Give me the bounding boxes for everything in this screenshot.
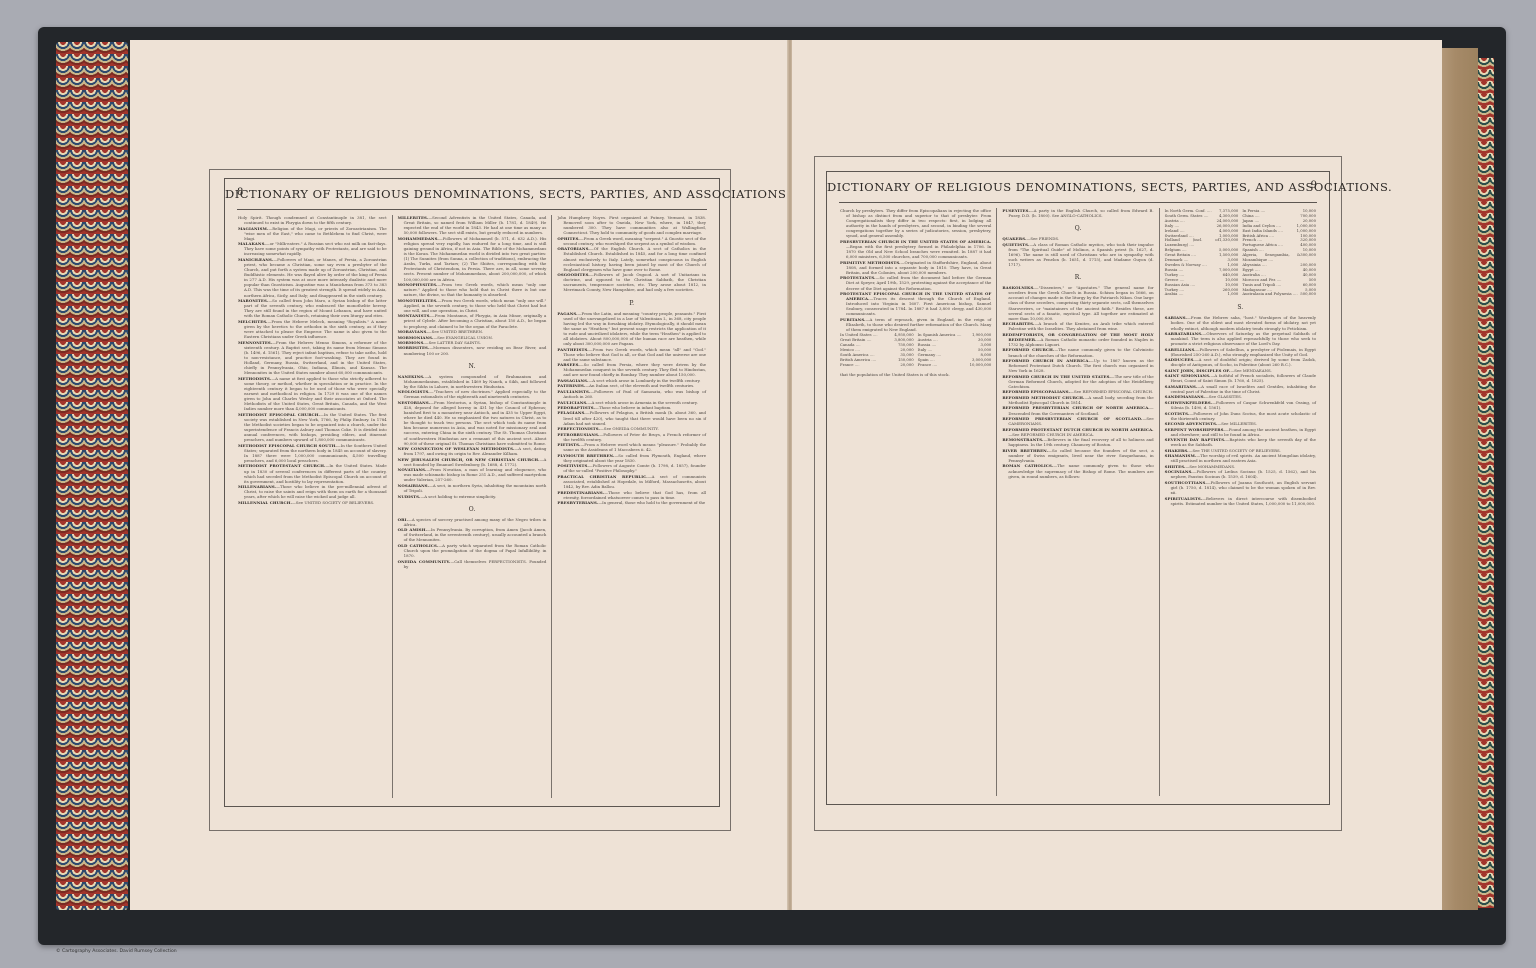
dictionary-entry: ONEIDA COMMUNITY.—Call themselves PERFEC… <box>398 559 547 569</box>
dictionary-entry: REFORMED PROTESTANT DUTCH CHURCH IN NORT… <box>1002 427 1153 437</box>
table-row: France ....10,000,000 <box>918 363 992 368</box>
marbled-endpaper-left <box>56 42 128 910</box>
statistics-table: In United States ....4,950,000Great Brit… <box>840 333 991 367</box>
copyright-credit: © Cartography Associates. David Rumsey C… <box>56 949 177 954</box>
dictionary-entry: NEOLOGISTS.—"Teachers of new doctrines."… <box>398 389 547 399</box>
dictionary-entry: REFORMED CHURCH.—The name commonly given… <box>1002 347 1153 357</box>
dictionary-entry: SADDUCEES.—A sect of doubtful origin; de… <box>1165 357 1316 367</box>
dictionary-entry: PROTESTANTS.—So called from the document… <box>840 275 991 290</box>
dictionary-entry: OLD AMISH.—In Pennsylvania. By corruptio… <box>398 527 547 542</box>
dictionary-entry: PROTESTANT EPISCOPAL CHURCH IN THE UNITE… <box>840 291 991 316</box>
dictionary-entry: SABBATARIANS.—Observers of Saturday as t… <box>1165 331 1316 346</box>
dictionary-entry: SECOND ADVENTISTS.—See MILLERITES. <box>1165 421 1316 426</box>
dictionary-entry: REFORMED CHURCH IN AMERICA.—Up to 1867 k… <box>1002 358 1153 373</box>
dictionary-entry: MORMONS.—See LATTER DAY SAINTS. <box>398 340 547 345</box>
running-head: DICTIONARY OF RELIGIOUS DENOMINATIONS, S… <box>225 187 719 207</box>
dictionary-entry: MONOTHELITES.—From two Greek words, whic… <box>398 298 547 313</box>
dictionary-entry: PLYMOUTH BRETHREN.—So called from Plymou… <box>557 453 706 463</box>
dictionary-entry: MARONITES.—So called from John Maro, a S… <box>238 298 387 318</box>
dictionary-entry: SOUTHCOTTIANS.—Followers of Joanna South… <box>1165 480 1316 495</box>
columns: Holy Spirit. Though condemned at Constan… <box>233 215 711 798</box>
column: MILLERITES.—Second Adventists in the Uni… <box>393 215 553 798</box>
marbled-edge-right <box>1478 58 1494 908</box>
dictionary-entry: SPIRITUALISTS.—Believers in direct inter… <box>1165 496 1316 506</box>
text-block: 8 DICTIONARY OF RELIGIOUS DENOMINATIONS,… <box>224 178 720 807</box>
dictionary-entry: NANEKINS.—A system compounded of Brahman… <box>398 374 547 389</box>
dictionary-entry: METHODISTS.—A name at first applied to t… <box>238 376 387 412</box>
dictionary-entry: MENNONITES.—From the Hebrew Menno Simons… <box>238 340 387 376</box>
dictionary-entry: METHODIST PROTESTANT CHURCH.—In the Unit… <box>238 463 387 483</box>
dictionary-entry: PUSEYITES.—A party in the English Church… <box>1002 208 1153 218</box>
dictionary-entry: that the population of the United States… <box>840 372 991 377</box>
dictionary-entry: MELCHITES.—From the Hebrew Melech, meani… <box>238 319 387 339</box>
dictionary-entry: Church by presbyters. They differ from E… <box>840 208 991 239</box>
dictionary-entry: OSGOODITES.—Followers of Jacob Osgood. A… <box>557 272 706 292</box>
dictionary-entry: PEDOBAPTISTS.—Those who believe in infan… <box>557 405 706 410</box>
dictionary-entry: REFORMED PRESBYTERIAN CHURCH OF SCOTLAND… <box>1002 416 1153 426</box>
section-letter: R. <box>1002 273 1153 282</box>
dictionary-entry: SABIANS.—From the Hebrew saba, "host." W… <box>1165 315 1316 330</box>
dictionary-entry: REFORMED CHURCH IN THE UNITED STATES.—Th… <box>1002 374 1153 389</box>
dictionary-entry: John Humphrey Noyes. First organized at … <box>557 215 706 235</box>
dictionary-entry: SAMARITANS.—A small race of Israelites a… <box>1165 384 1316 394</box>
section-letter: Q. <box>1002 224 1153 233</box>
dictionary-entry: Holy Spirit. Though condemned at Constan… <box>238 215 387 225</box>
dictionary-entry: RASKOLNIKS.—"Dissenters," or "Apostates.… <box>1002 285 1153 321</box>
dictionary-entry: OBI.—A species of sorcery practised amon… <box>398 517 547 527</box>
dictionary-entry: PAULICIANS.—A sect which arose in Armeni… <box>557 400 706 405</box>
dictionary-entry: ROMAN CATHOLICS.—The name commonly given… <box>1002 463 1153 478</box>
dictionary-entry: SHIITES.—See MOHAMMEDANS. <box>1165 464 1316 469</box>
dictionary-entry: REFORMED EPISCOPALIANS.—See REFORMED EPI… <box>1002 389 1153 394</box>
text-block: 9 DICTIONARY OF RELIGIOUS DENOMINATIONS,… <box>826 171 1330 805</box>
dictionary-entry: MONOPHYSITES.—From two Greek words, whic… <box>398 282 547 297</box>
table-row: France ....20,000 <box>840 363 914 368</box>
dictionary-entry: SCOTISTS.—Followers of John Duns Scotus,… <box>1165 411 1316 421</box>
dictionary-entry: SCHWENKFELDERS.—Followers of Caspar Schw… <box>1165 400 1316 410</box>
dictionary-entry: MONTANISTS.—From Montanus, of Phrygia, i… <box>398 313 547 328</box>
section-letter: N. <box>398 362 547 371</box>
dictionary-entry: MORRISITES.—Mormon dissenters, now resid… <box>398 345 547 355</box>
dictionary-entry: PETROBRUSIANS.—Followers of Peter de Bru… <box>557 432 706 442</box>
dictionary-entry: PRESBYTERIAN CHURCH IN THE UNITED STATES… <box>840 239 991 259</box>
dictionary-entry: MOHAMMEDANS.—Followers of Mohammed (b. 5… <box>398 236 547 282</box>
dictionary-entry: SAINT JOHN, DISCIPLES OF.—See MENDAEANS. <box>1165 368 1316 373</box>
dictionary-entry: NEW CONNECTION OF WESLEYAN METHODISTS.—A… <box>398 446 547 456</box>
dictionary-entry: NEW JERUSALEM CHURCH, OR NEW CHRISTIAN C… <box>398 457 547 467</box>
dictionary-entry: SHAMANISM.—The worship of evil spirits. … <box>1165 453 1316 463</box>
dictionary-entry: OPHITES.—From a Greek word, meaning "ser… <box>557 236 706 246</box>
dictionary-entry: NUDISTS.—A sect holding to extreme simpl… <box>398 494 547 499</box>
dictionary-entry: SABELLIANS.—Followers of Sabellius, a pr… <box>1165 347 1316 357</box>
dictionary-entry: SANDEMANIANS.—See GLASSITES. <box>1165 394 1316 399</box>
dictionary-entry: PAGANS.—From the Latin, and meaning "cou… <box>557 311 706 347</box>
dictionary-entry: REFORMED PRESBYTERIAN CHURCH OF NORTH AM… <box>1002 405 1153 415</box>
dictionary-entry: SAINT SIMONIANS.—A faithful of French so… <box>1165 373 1316 383</box>
dictionary-entry: RIVER BRETHREN.—So called because the fo… <box>1002 448 1153 463</box>
dictionary-entry: MAGIANISM.—Religion of the Magi, or prie… <box>238 226 387 241</box>
column: PUSEYITES.—A party in the English Church… <box>997 208 1159 796</box>
column: In North Germ. Conf. ....7,375,000South … <box>1160 208 1321 796</box>
table-row: Australasia and Polynesia ....500,000 <box>1242 292 1316 297</box>
dictionary-entry: MORMONIANS.—See EVANGELICAL UNION. <box>398 335 547 340</box>
dictionary-entry: MILLENNIAL CHURCH.—See UNITED SOCIETY OF… <box>238 500 387 505</box>
page-block-edge <box>1440 48 1478 910</box>
dictionary-entry: QUIETISTS.—A class of Roman Catholic mys… <box>1002 242 1153 267</box>
statistics-table: In North Germ. Conf. ....7,375,000South … <box>1165 209 1316 297</box>
dictionary-entry: POSITIVISTS.—Followers of Auguste Comte … <box>557 463 706 473</box>
dictionary-entry: METHODIST EPISCOPAL CHURCH.—In the Unite… <box>238 412 387 443</box>
dictionary-entry: PURITANS.—A term of reproach, given in E… <box>840 317 991 332</box>
section-letter: P. <box>557 299 706 308</box>
dictionary-entry: REMONSTRANTS.—Believers in the final rec… <box>1002 437 1153 447</box>
column: Church by presbyters. They differ from E… <box>835 208 997 796</box>
dictionary-entry: PELAGIANS.—Followers of Pelagius, a Brit… <box>557 410 706 425</box>
column: John Humphrey Noyes. First organized at … <box>552 215 711 798</box>
section-letter: O. <box>398 505 547 514</box>
dictionary-entry: MANICHÆANS.—Followers of Mani, or Manes,… <box>238 257 387 298</box>
dictionary-entry: PAULIANISTS.—Followers of Paul of Samosa… <box>557 389 706 399</box>
dictionary-entry: SEVENTH DAY BAPTISTS.—Baptists who keep … <box>1165 437 1316 447</box>
head-rule <box>839 202 1317 203</box>
dictionary-entry: NOVATIANS.—From Novatian, a man of learn… <box>398 467 547 482</box>
section-letter: S. <box>1165 303 1316 312</box>
dictionary-entry: PIETISTS.—From a Hebrew word which means… <box>557 442 706 452</box>
dictionary-entry: SHAKERS.—See THE UNITED SOCIETY OF BELIE… <box>1165 448 1316 453</box>
running-head: DICTIONARY OF RELIGIOUS DENOMINATIONS, S… <box>827 180 1329 200</box>
dictionary-entry: PRESBYTERIANS.—In general, those who hol… <box>557 500 706 505</box>
dictionary-entry: PERFECTIONISTS.—See ONEIDA COMMUNITY. <box>557 426 706 431</box>
dictionary-entry: MORAVIANS.—See UNITED BRETHREN. <box>398 329 547 334</box>
dictionary-entry: PASSAGIANS.—A sect which arose in Lombar… <box>557 378 706 383</box>
dictionary-entry: NOSAIRIANS.—A sect, in northern Syria, i… <box>398 483 547 493</box>
dictionary-entry: MILLENARIANS.—Those who believe in the p… <box>238 484 387 499</box>
dictionary-entry: REFORMED METHODIST CHURCH.—A small body,… <box>1002 395 1153 405</box>
dictionary-entry: PATERINES.—An Italian sect, of the eleve… <box>557 383 706 388</box>
dictionary-entry: ORATORIANS.—Of the English Church. A sec… <box>557 246 706 271</box>
column: Holy Spirit. Though condemned at Constan… <box>233 215 393 798</box>
table-row: Arabia ....1,000 <box>1165 292 1239 297</box>
dictionary-entry: REDEMPTORISTS, OR CONGREGATION OF THE MO… <box>1002 332 1153 347</box>
dictionary-entry: QUAKERS.—See FRIENDS. <box>1002 236 1153 241</box>
dictionary-entry: METHODIST EPISCOPAL CHURCH SOUTH.—In the… <box>238 443 387 463</box>
head-rule <box>237 209 707 210</box>
dictionary-entry: PREDESTINARIANS.—Those who believe that … <box>557 490 706 500</box>
dictionary-entry: PARSEES.—So called from Persia, where th… <box>557 362 706 377</box>
dictionary-entry: PANTHEISTS.—From two Greek words, which … <box>557 347 706 362</box>
dictionary-entry: SOCINIANS.—Followers of Lælius Socinus (… <box>1165 469 1316 479</box>
columns: Church by presbyters. They differ from E… <box>835 208 1321 796</box>
dictionary-entry: RECHABITES.—A branch of the Kenites, an … <box>1002 321 1153 331</box>
dictionary-entry: NESTORIANS.—From Nestorius, a Syrian, bi… <box>398 400 547 446</box>
dictionary-entry: OLD CATHOLICS.—A party which separated f… <box>398 543 547 558</box>
dictionary-entry: SERPENT WORSHIPPERS.—Found among the anc… <box>1165 427 1316 437</box>
left-page: 8 DICTIONARY OF RELIGIOUS DENOMINATIONS,… <box>130 40 790 910</box>
right-page: 9 DICTIONARY OF RELIGIOUS DENOMINATIONS,… <box>792 40 1442 910</box>
dictionary-entry: PRIMITIVE METHODISTS.—Originated in Staf… <box>840 260 991 275</box>
dictionary-entry: MILLERITES.—Second Adventists in the Uni… <box>398 215 547 235</box>
dictionary-entry: MALAKANS.—or "Milk-eaters." A Russian se… <box>238 241 387 256</box>
dictionary-entry: PRACTICAL CHRISTIAN REPUBLIC.—A sect of … <box>557 474 706 489</box>
